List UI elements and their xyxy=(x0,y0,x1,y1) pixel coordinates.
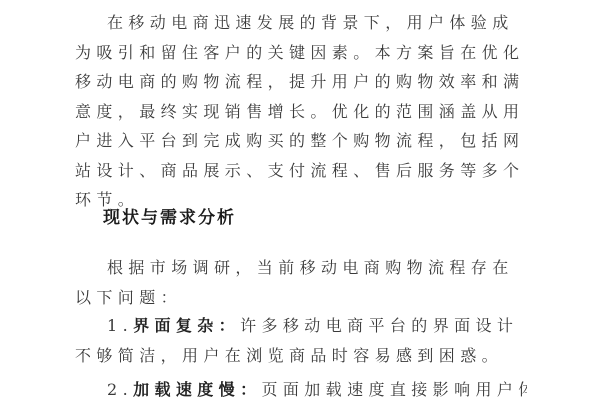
issue-number: 2. xyxy=(107,380,133,399)
document-page: 在移动电商迅速发展的背景下，用户体验成为吸引和留住客户的关键因素。本方案旨在优化… xyxy=(0,0,600,400)
issue-item-2: 2.加载速度慢：页面加载速度直接影响用户体验，调研显示 xyxy=(75,375,527,400)
issue-item-1: 1.界面复杂：许多移动电商平台的界面设计不够简洁，用户在浏览商品时容易感到困惑。 xyxy=(75,311,527,370)
issue-text: 页面加载速度直接影响用户体验，调研显示 xyxy=(261,380,527,399)
intro-paragraph: 在移动电商迅速发展的背景下，用户体验成为吸引和留住客户的关键因素。本方案旨在优化… xyxy=(75,8,527,215)
issue-title: 加载速度慢： xyxy=(133,380,261,399)
section-heading: 现状与需求分析 xyxy=(103,203,236,228)
analysis-intro: 根据市场调研，当前移动电商购物流程存在以下问题： xyxy=(75,253,527,312)
issue-number: 1. xyxy=(107,316,133,335)
issue-title: 界面复杂： xyxy=(133,316,240,335)
